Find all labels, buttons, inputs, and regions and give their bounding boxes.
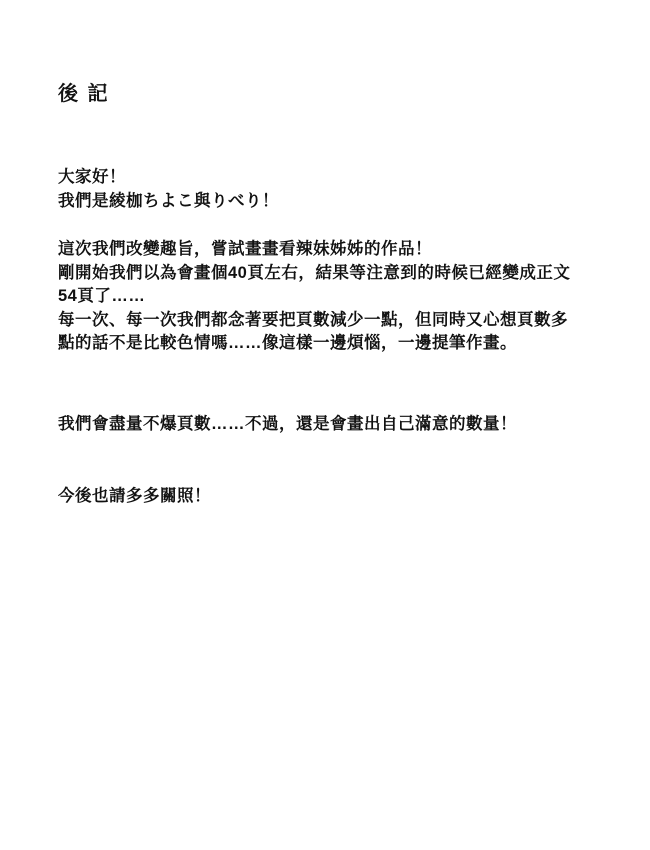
text-line: 我們是綾枷ちよこ與りべり！ [58,190,592,214]
text-line: 我們會盡量不爆頁數……不過，還是會畫出自己滿意的數量！ [58,413,592,437]
text-line: 剛開始我們以為會畫個40頁左右，結果等注意到的時候已經變成正文 [58,262,592,286]
closing-paragraph: 今後也請多多關照！ [58,485,592,509]
greeting-paragraph: 大家好！ 我們是綾枷ちよこ與りべり！ [58,166,592,213]
text-line: 大家好！ [58,166,592,190]
promise-paragraph: 我們會盡量不爆頁數……不過，還是會畫出自己滿意的數量！ [58,413,592,437]
afterword-page: 後 記 大家好！ 我們是綾枷ちよこ與りべり！ 這次我們改變趣旨，嘗試畫畫看辣妹姊… [0,0,650,850]
text-line: 點的話不是比較色情嗎……像這樣一邊煩惱，一邊提筆作畫。 [58,332,592,356]
text-line: 54頁了…… [58,285,592,309]
text-line: 今後也請多多關照！ [58,485,592,509]
page-title: 後 記 [58,0,592,106]
main-paragraph: 這次我們改變趣旨，嘗試畫畫看辣妹姊姊的作品！ 剛開始我們以為會畫個40頁左右，結… [58,238,592,356]
text-line: 這次我們改變趣旨，嘗試畫畫看辣妹姊姊的作品！ [58,238,592,262]
text-line: 每一次、每一次我們都念著要把頁數減少一點，但同時又心想頁數多 [58,309,592,333]
